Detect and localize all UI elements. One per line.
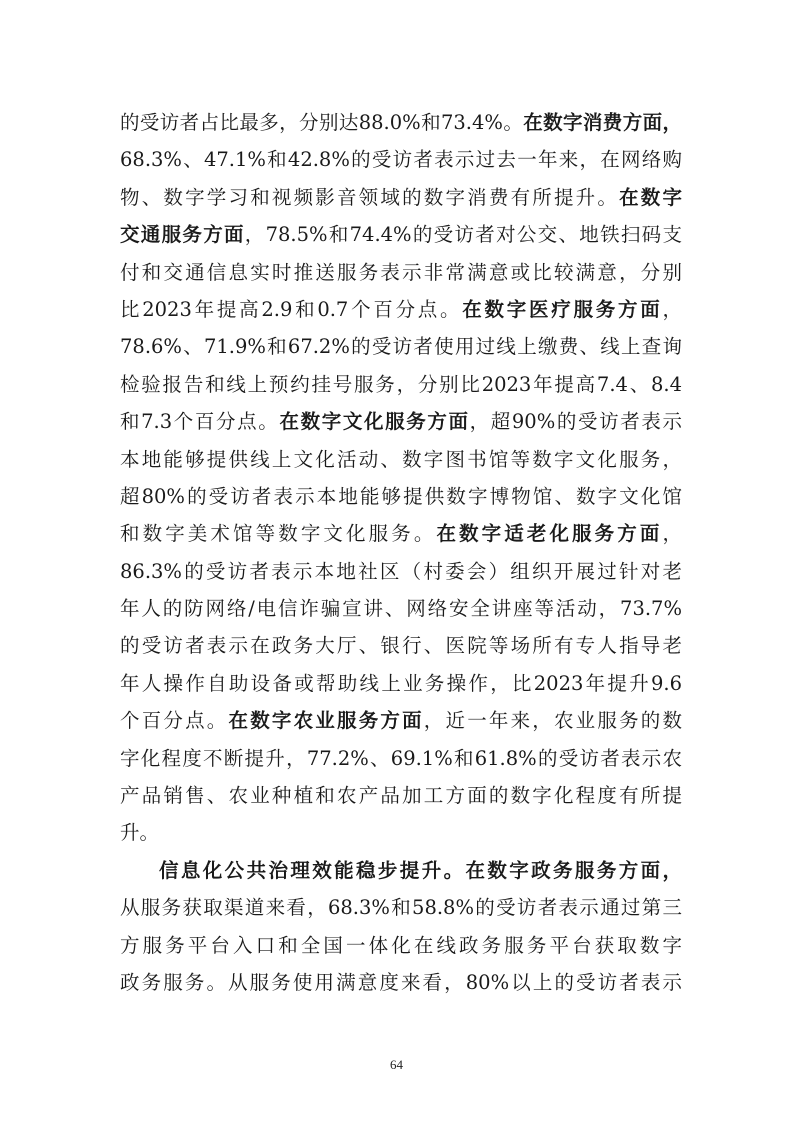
body-text-span: 从服务获取渠道来看，68.3%和58.8%的受访者表示通过第三 [120, 896, 682, 919]
body-text-span: 的受访者占比最多，分别达88.0%和73.4%。 [120, 111, 523, 134]
body-text-span: 个百分点。 [120, 709, 229, 732]
bold-heading-text: 交通服务方面 [120, 223, 245, 246]
body-text-span: 86.3%的受访者表示本地社区（村委会）组织开展过针对老 [120, 560, 682, 583]
body-text-span: 字化程度不断提升，77.2%、69.1%和61.8%的受访者表示农 [120, 747, 682, 770]
body-text-span: ，超90%的受访者表示 [470, 410, 682, 433]
document-page: 的受访者占比最多，分别达88.0%和73.4%。在数字消费方面，68.3%、47… [0, 0, 793, 1122]
body-text-span: 比2023年提高2.9和0.7个百分点。 [120, 298, 462, 321]
text-line: 付和交通信息实时推送服务表示非常满意或比较满意，分别 [120, 254, 682, 291]
text-line: 升。 [120, 814, 682, 851]
text-line: 和数字美术馆等数字文化服务。在数字适老化服务方面， [120, 515, 682, 552]
text-line: 年人操作自助设备或帮助线上业务操作，比2023年提升9.6 [120, 665, 682, 702]
page-number: 64 [0, 1057, 793, 1073]
bold-heading-text: 在数字适老化服务方面 [436, 522, 662, 545]
text-line: 交通服务方面，78.5%和74.4%的受访者对公交、地铁扫码支 [120, 216, 682, 253]
text-line: 产品销售、农业种植和农产品加工方面的数字化程度有所提 [120, 777, 682, 814]
body-text-span: 物、数字学习和视频影音领域的数字消费有所提升。 [120, 186, 619, 209]
body-text-span: 78.6%、71.9%和67.2%的受访者使用过线上缴费、线上查询 [120, 335, 682, 358]
text-line: 比2023年提高2.9和0.7个百分点。在数字医疗服务方面， [120, 291, 682, 328]
body-text-span: 方服务平台入口和全国一体化在线政务服务平台获取数字 [120, 934, 682, 957]
body-text-span: 和7.3个百分点。 [120, 410, 279, 433]
text-line: 方服务平台入口和全国一体化在线政务服务平台获取数字 [120, 927, 682, 964]
body-text-span: ，78.5%和74.4%的受访者对公交、地铁扫码支 [245, 223, 682, 246]
text-line: 物、数字学习和视频影音领域的数字消费有所提升。在数字 [120, 179, 682, 216]
text-line: 和7.3个百分点。在数字文化服务方面，超90%的受访者表示 [120, 403, 682, 440]
text-line: 86.3%的受访者表示本地社区（村委会）组织开展过针对老 [120, 553, 682, 590]
bold-heading-text: 在数字农业服务方面 [229, 709, 424, 732]
bold-heading-text: 在数字消费方面， [523, 111, 682, 134]
text-line: 信息化公共治理效能稳步提升。在数字政务服务方面， [120, 852, 682, 889]
text-line: 政务服务。从服务使用满意度来看，80%以上的受访者表示 [120, 964, 682, 1001]
bold-heading-text: 在数字文化服务方面 [279, 410, 469, 433]
text-line: 78.6%、71.9%和67.2%的受访者使用过线上缴费、线上查询 [120, 328, 682, 365]
text-line: 的受访者表示在政务大厅、银行、医院等场所有专人指导老 [120, 627, 682, 664]
body-text-span: 政务服务。从服务使用满意度来看，80%以上的受访者表示 [120, 971, 682, 994]
body-text-span: ， [662, 298, 682, 321]
body-text-span: 年人操作自助设备或帮助线上业务操作，比2023年提升9.6 [120, 672, 682, 695]
text-line: 从服务获取渠道来看，68.3%和58.8%的受访者表示通过第三 [120, 889, 682, 926]
body-text-span: ，近一年来，农业服务的数 [424, 709, 682, 732]
text-line: 检验报告和线上预约挂号服务，分别比2023年提高7.4、8.4 [120, 366, 682, 403]
body-text-span: 的受访者表示在政务大厅、银行、医院等场所有专人指导老 [120, 634, 682, 657]
text-line: 的受访者占比最多，分别达88.0%和73.4%。在数字消费方面， [120, 104, 682, 141]
body-text-span: 升。 [120, 821, 159, 844]
body-text-span: 超80%的受访者表示本地能够提供数字博物馆、数字文化馆 [120, 485, 682, 508]
text-line: 个百分点。在数字农业服务方面，近一年来，农业服务的数 [120, 702, 682, 739]
text-line: 年人的防网络/电信诈骗宣讲、网络安全讲座等活动，73.7% [120, 590, 682, 627]
text-line: 超80%的受访者表示本地能够提供数字博物馆、数字文化馆 [120, 478, 682, 515]
body-text-span: 本地能够提供线上文化活动、数字图书馆等数字文化服务， [120, 448, 682, 471]
body-text-span: 付和交通信息实时推送服务表示非常满意或比较满意，分别 [120, 261, 682, 284]
text-line: 字化程度不断提升，77.2%、69.1%和61.8%的受访者表示农 [120, 740, 682, 777]
text-line: 68.3%、47.1%和42.8%的受访者表示过去一年来，在网络购 [120, 141, 682, 178]
body-text-span: 年人的防网络/电信诈骗宣讲、网络安全讲座等活动，73.7% [120, 597, 682, 620]
body-text: 的受访者占比最多，分别达88.0%和73.4%。在数字消费方面，68.3%、47… [120, 104, 682, 1001]
bold-heading-text: 在数字 [619, 186, 682, 209]
body-text-span: 和数字美术馆等数字文化服务。 [120, 522, 436, 545]
body-text-span: 68.3%、47.1%和42.8%的受访者表示过去一年来，在网络购 [120, 148, 682, 171]
body-text-span: 产品销售、农业种植和农产品加工方面的数字化程度有所提 [120, 784, 682, 807]
bold-heading-text: 在数字医疗服务方面 [462, 298, 662, 321]
body-text-span: ， [662, 522, 682, 545]
bold-heading-text: 信息化公共治理效能稳步提升。在数字政务服务方面， [159, 859, 682, 882]
text-line: 本地能够提供线上文化活动、数字图书馆等数字文化服务， [120, 441, 682, 478]
body-text-span: 检验报告和线上预约挂号服务，分别比2023年提高7.4、8.4 [120, 373, 682, 396]
